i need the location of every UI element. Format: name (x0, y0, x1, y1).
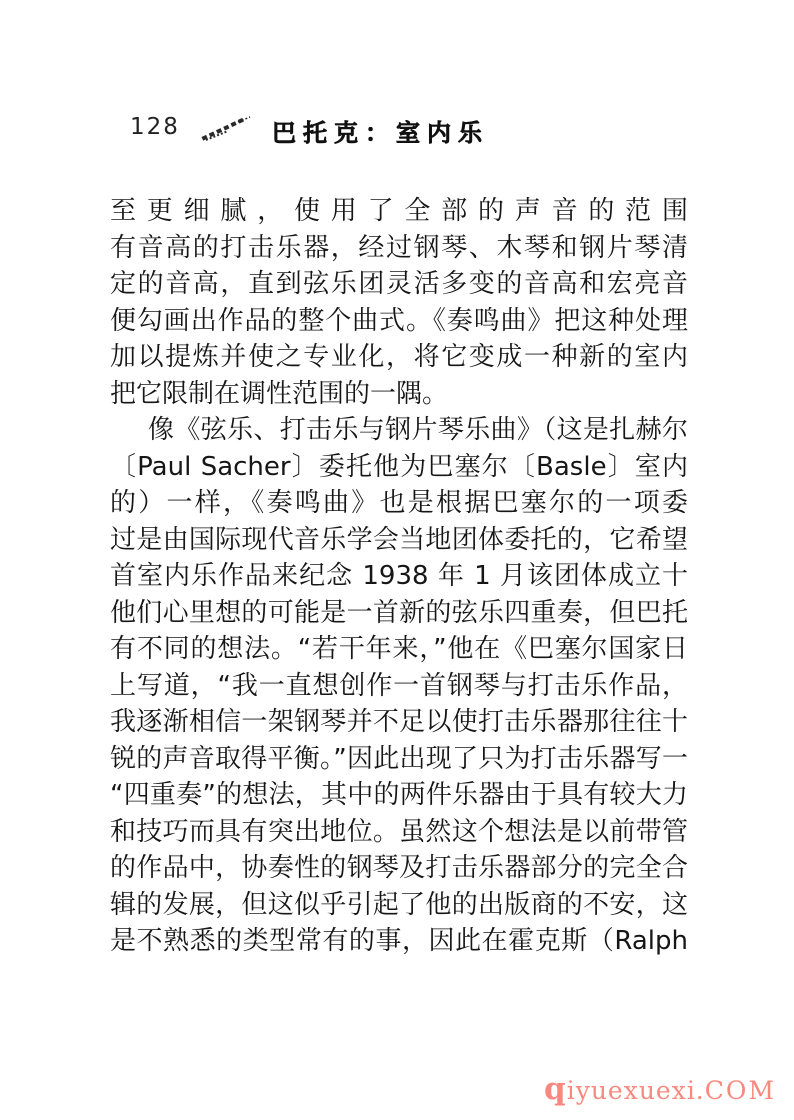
text-line: 锐的声音取得平衡。”因此出现了只为打击乐器写一首 (110, 741, 688, 778)
text-line: 便勾画出作品的整个曲式。《奏鸣曲》把这种处理方式 (110, 303, 688, 340)
body-text: 至更细腻，使用了全部的声音的范围（spectrum），从没 有音高的打击乐器，经… (110, 193, 688, 960)
text-line: 和技巧而具有突出地位。虽然这个想法是以前带管弦乐 (110, 814, 688, 851)
text-line: 辑的发展，但这似乎引起了他的出版商的不安，这本来 (110, 887, 688, 924)
text-line: 〔Paul Sacher〕委托他为巴塞尔〔Basle〕室内乐团创作 (110, 449, 688, 486)
ink-smudge-icon (198, 112, 256, 144)
page-number: 128 (130, 114, 180, 140)
text-line: 是不熟悉的类型常有的事，因此在霍克斯（Ralph (110, 923, 688, 960)
text-line: 有音高的打击乐器，经过钢琴、木琴和钢片琴清晰、固 (110, 230, 688, 267)
text-line: 过是由国际现代音乐学会当地团体委托的，它希望以一 (110, 522, 688, 559)
watermark-middle: iyuexuexi. (567, 1076, 705, 1105)
book-page: 128 巴托克：室内乐 至更细腻，使用了全部的声音的范围（spectrum），从… (0, 0, 794, 1120)
text-line: 上写道，“我一直想创作一首钢琴与打击乐作品，但是 (110, 668, 688, 705)
text-line: “四重奏”的想法，其中的两件乐器由于具有较大力量 (110, 777, 688, 814)
text-line: 至更细腻，使用了全部的声音的范围（spectrum），从没 (110, 193, 688, 230)
running-head: 128 巴托克：室内乐 (0, 112, 794, 146)
text-line-paragraph-start: 像《弦乐、打击乐与钢片琴乐曲》（这是扎赫尔 (110, 412, 688, 449)
text-line: 我逐渐相信一架钢琴并不足以使打击乐器那往往十分尖 (110, 704, 688, 741)
watermark-q: q (544, 1071, 567, 1107)
text-line: 的作品中，协奏性的钢琴及打击乐器部分的完全合乎逻 (110, 850, 688, 887)
text-line: 有不同的想法。“若干年来，”他在《巴塞尔国家日报》 (110, 631, 688, 668)
text-line: 的）一样，《奏鸣曲》也是根据巴塞尔的一项委托，不 (110, 485, 688, 522)
text-line: 他们心里想的可能是一首新的弦乐四重奏，但巴托克却 (110, 595, 688, 632)
text-line: 把它限制在调性范围的一隅。 (110, 376, 688, 413)
watermark-com: COM (705, 1076, 776, 1105)
text-line: 首室内乐作品来纪念 1938 年 1 月该团体成立十周年。 (110, 558, 688, 595)
text-line: 定的音高，直到弦乐团灵活多变的音高和宏亮音响，以 (110, 266, 688, 303)
site-watermark: qiyuexuexi.COM (544, 1074, 776, 1106)
text-line: 加以提炼并使之专业化，将它变成一种新的室内乐，并 (110, 339, 688, 376)
running-head-title: 巴托克：室内乐 (272, 113, 489, 148)
